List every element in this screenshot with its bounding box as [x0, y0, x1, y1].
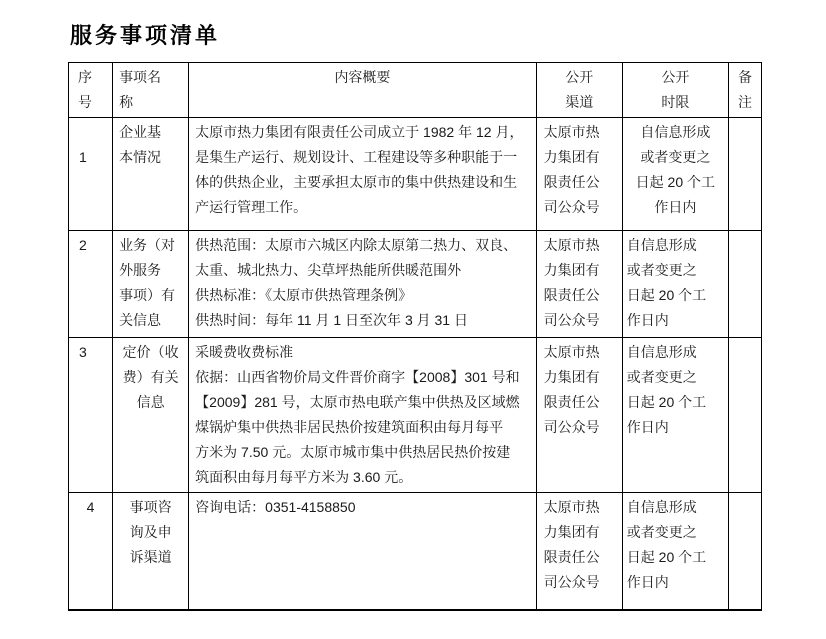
number-cell: 4: [69, 493, 113, 610]
item-name-cell: 企业基本情况: [113, 118, 189, 231]
table-row: 4 事项咨询及申诉渠道 咨询电话：0351-4158850 太原市热力集团有限责…: [69, 493, 762, 610]
document-page: 服务事项清单 序号 事项名称 内容概要 公开渠道 公开时限 备注 1 企业基本情…: [0, 0, 826, 611]
number-cell: 3: [69, 338, 113, 493]
header-public-time-limit: 公开时限: [622, 63, 728, 118]
table-row: 2 业务（对外服务事项）有关信息 供热范围：太原市六城区内除太原第二热力、双良、…: [69, 231, 762, 338]
header-content-summary: 内容概要: [189, 63, 537, 118]
content-summary-cell: 太原市热力集团有限责任公司成立于 1982 年 12 月，是集生产运行、规划设计…: [189, 118, 537, 231]
table-header: 序号 事项名称 内容概要 公开渠道 公开时限 备注: [69, 63, 762, 118]
content-summary-cell: 采暖费收费标准依据：山西省物价局文件晋价商字【2008】301 号和【2009】…: [189, 338, 537, 493]
item-name-cell: 事项咨询及申诉渠道: [113, 493, 189, 610]
remarks-cell: [728, 493, 761, 610]
service-items-table: 序号 事项名称 内容概要 公开渠道 公开时限 备注 1 企业基本情况 太原市热力…: [68, 62, 762, 611]
header-row: 序号 事项名称 内容概要 公开渠道 公开时限 备注: [69, 63, 762, 118]
public-time-limit-cell: 自信息形成或者变更之日起 20 个工作日内: [622, 231, 728, 338]
remarks-cell: [728, 338, 761, 493]
page-title: 服务事项清单: [68, 22, 826, 50]
public-time-limit-cell: 自信息形成或者变更之日起 20 个工作日内: [622, 118, 728, 231]
number-cell: 1: [69, 118, 113, 231]
public-time-limit-cell: 自信息形成或者变更之日起 20 个工作日内: [622, 338, 728, 493]
item-name-cell: 业务（对外服务事项）有关信息: [113, 231, 189, 338]
table-row: 3 定价（收费）有关信息 采暖费收费标准依据：山西省物价局文件晋价商字【2008…: [69, 338, 762, 493]
header-remarks: 备注: [728, 63, 761, 118]
public-channel-cell: 太原市热力集团有限责任公司公众号: [536, 231, 622, 338]
public-channel-cell: 太原市热力集团有限责任公司公众号: [536, 118, 622, 231]
public-time-limit-cell: 自信息形成或者变更之日起 20 个工作日内: [622, 493, 728, 610]
public-channel-cell: 太原市热力集团有限责任公司公众号: [536, 493, 622, 610]
remarks-cell: [728, 231, 761, 338]
header-public-channel: 公开渠道: [536, 63, 622, 118]
content-summary-cell: 咨询电话：0351-4158850: [189, 493, 537, 610]
remarks-cell: [728, 118, 761, 231]
table-row: 1 企业基本情况 太原市热力集团有限责任公司成立于 1982 年 12 月，是集…: [69, 118, 762, 231]
header-number: 序号: [69, 63, 113, 118]
content-summary-cell: 供热范围：太原市六城区内除太原第二热力、双良、太重、城北热力、尖草坪热能所供暖范…: [189, 231, 537, 338]
table-body: 1 企业基本情况 太原市热力集团有限责任公司成立于 1982 年 12 月，是集…: [69, 118, 762, 610]
item-name-cell: 定价（收费）有关信息: [113, 338, 189, 493]
public-channel-cell: 太原市热力集团有限责任公司公众号: [536, 338, 622, 493]
header-item-name: 事项名称: [113, 63, 189, 118]
number-cell: 2: [69, 231, 113, 338]
